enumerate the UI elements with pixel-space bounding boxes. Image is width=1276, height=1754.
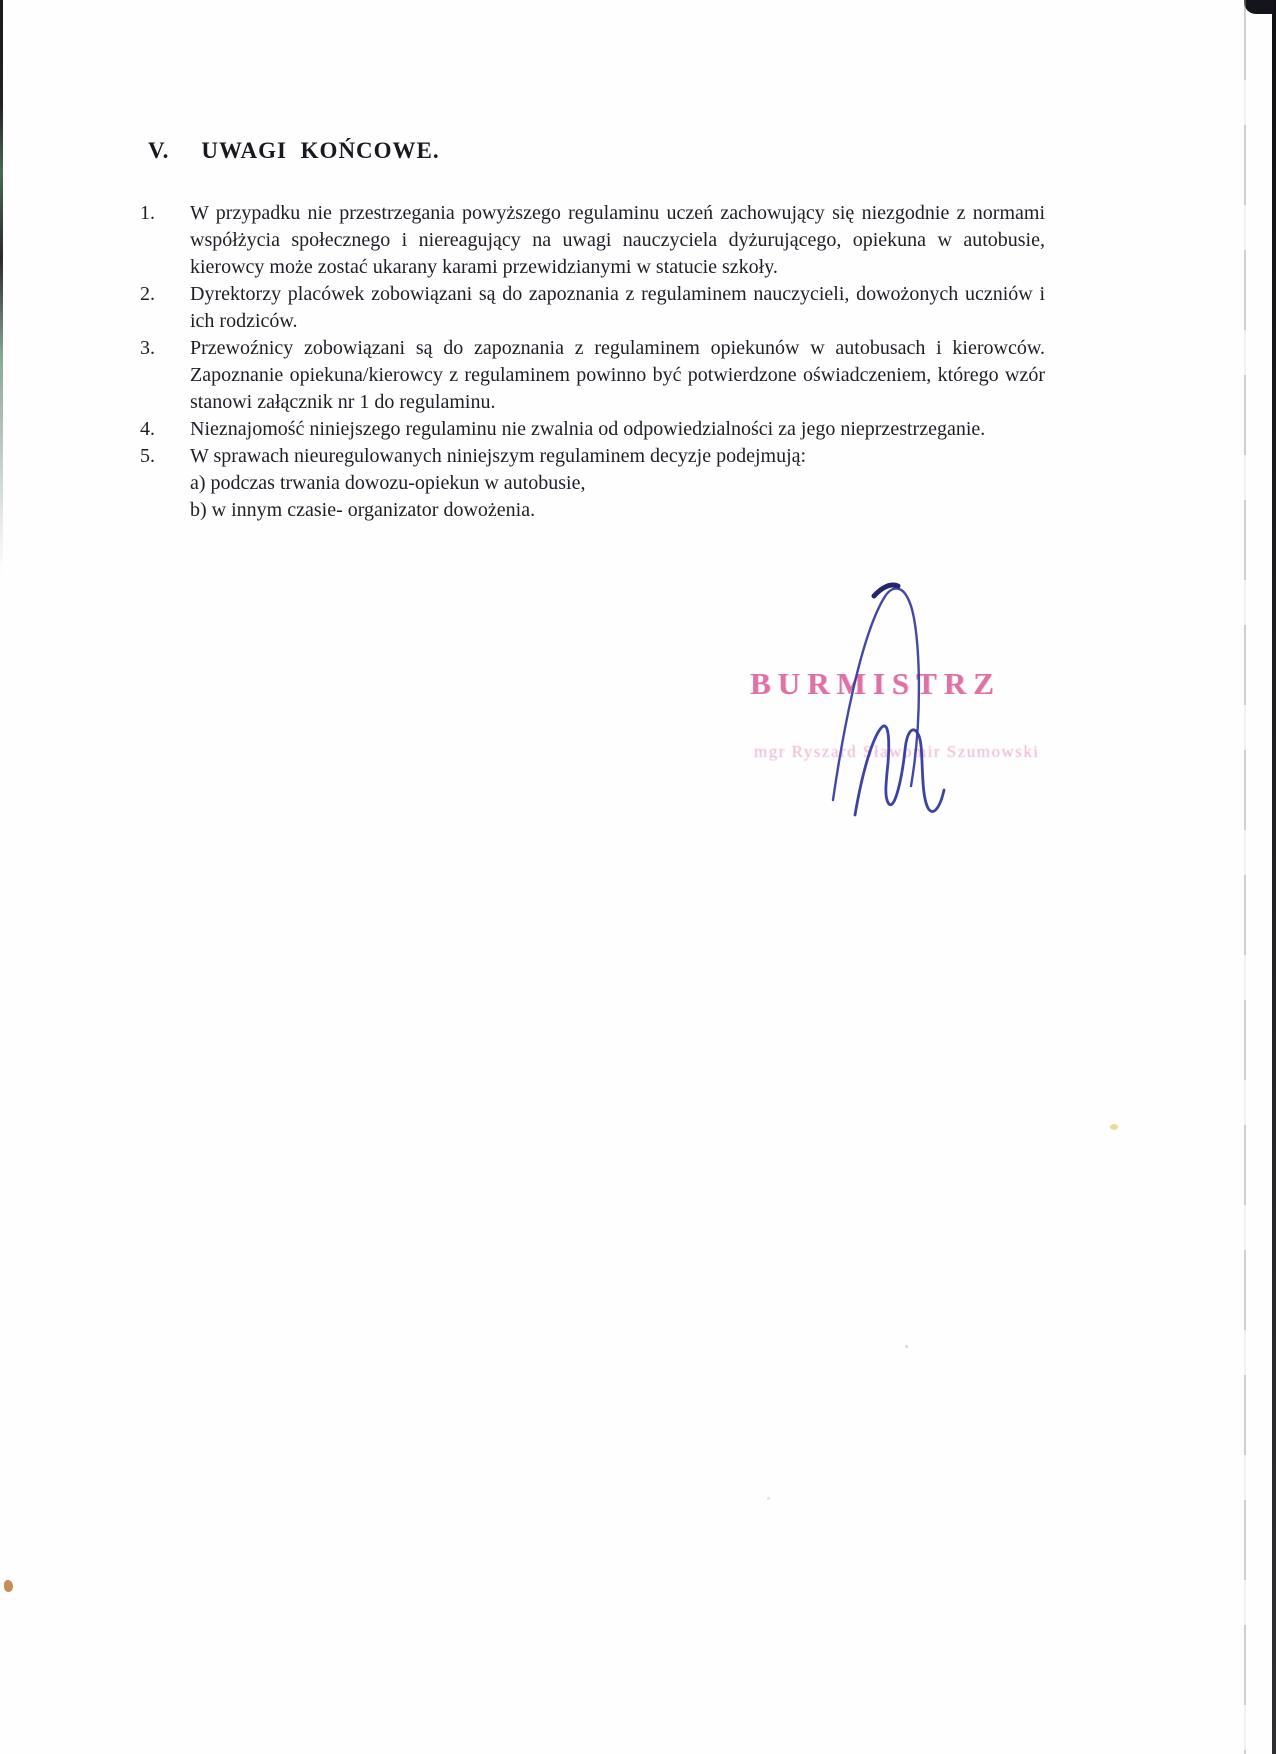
section-heading: V. UWAGI KOŃCOWE. [148,138,1045,164]
scan-corner-artifact [1244,0,1273,14]
scanned-document-page: V. UWAGI KOŃCOWE. 1. W przypadku nie prz… [0,0,1276,1754]
list-subitem: a) podczas trwania dowozu-opiekun w auto… [190,470,1045,497]
list-item-number: 4. [140,416,155,443]
numbered-list: 1. W przypadku nie przestrzegania powyżs… [140,200,1045,524]
list-item: 3. Przewoźnicy zobowiązani są do zapozna… [140,335,1045,416]
list-item: 5. W sprawach nieuregulowanych niniejszy… [140,443,1045,524]
list-item-text: W sprawach nieuregulowanych niniejszym r… [190,445,806,467]
scan-edge-left [0,0,3,575]
paper-speck [905,1345,908,1348]
section-numeral: V. [148,138,169,164]
subitem-text: w innym czasie- organizator dowożenia. [212,499,535,521]
list-item-number: 2. [140,281,155,308]
list-item-number: 1. [140,200,155,227]
scan-fold-line [1244,0,1246,1754]
list-item-text: Dyrektorzy placówek zobowiązani są do za… [190,283,1045,332]
scan-edge-right [1272,0,1276,1754]
handwritten-signature-ink [818,578,968,838]
list-item: 2. Dyrektorzy placówek zobowiązani są do… [140,281,1045,335]
list-item: 4. Nieznajomość niniejszego regulaminu n… [140,416,1045,443]
subitem-label: a) [190,472,206,494]
subitem-label: b) [190,499,207,521]
list-item: 1. W przypadku nie przestrzegania powyżs… [140,200,1045,281]
list-item-text: W przypadku nie przestrzegania powyższeg… [190,202,1045,278]
paper-speck [1110,1124,1118,1130]
list-item-number: 3. [140,335,155,362]
section-title: UWAGI KOŃCOWE. [201,138,439,164]
list-item-text: Przewoźnicy zobowiązani są do zapoznania… [190,337,1045,413]
document-body: V. UWAGI KOŃCOWE. 1. W przypadku nie prz… [140,138,1045,524]
paper-speck [4,1580,13,1592]
list-item-text: Nieznajomość niniejszego regulaminu nie … [190,418,985,440]
paper-speck [767,1497,770,1500]
subitem-text: podczas trwania dowozu-opiekun w autobus… [211,472,586,494]
list-item-number: 5. [140,443,155,470]
list-subitem: b) w innym czasie- organizator dowożenia… [190,497,1045,524]
